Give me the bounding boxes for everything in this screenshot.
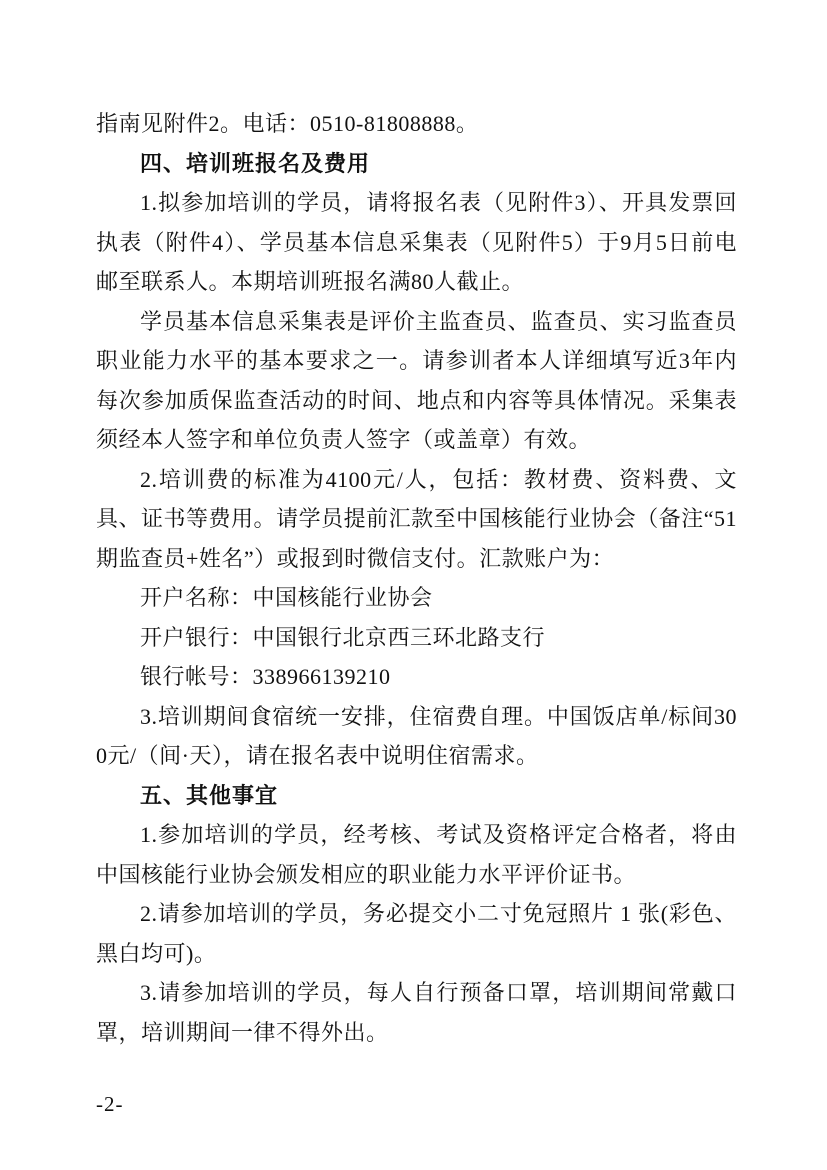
section-heading: 四、培训班报名及费用 [96, 144, 737, 184]
section-heading: 五、其他事宜 [96, 776, 737, 816]
page-footer: -2- [96, 1092, 124, 1117]
document-body: 指南见附件2。电话：0510-81808888。四、培训班报名及费用1.拟参加培… [96, 104, 737, 1052]
paragraph: 开户名称：中国核能行业协会 [96, 578, 737, 618]
paragraph: 银行帐号：338966139210 [96, 657, 737, 697]
paragraph: 指南见附件2。电话：0510-81808888。 [96, 104, 737, 144]
paragraph: 2.请参加培训的学员，务必提交小二寸免冠照片 1 张(彩色、黑白均可)。 [96, 894, 737, 973]
document-page: 指南见附件2。电话：0510-81808888。四、培训班报名及费用1.拟参加培… [0, 0, 827, 1170]
paragraph: 1.参加培训的学员，经考核、考试及资格评定合格者，将由中国核能行业协会颁发相应的… [96, 815, 737, 894]
paragraph: 3.请参加培训的学员，每人自行预备口罩，培训期间常戴口罩，培训期间一律不得外出。 [96, 973, 737, 1052]
paragraph: 1.拟参加培训的学员，请将报名表（见附件3）、开具发票回执表（附件4）、学员基本… [96, 183, 737, 302]
paragraph: 学员基本信息采集表是评价主监查员、监查员、实习监查员职业能力水平的基本要求之一。… [96, 302, 737, 460]
paragraph: 2.培训费的标准为4100元/人，包括：教材费、资料费、文具、证书等费用。请学员… [96, 460, 737, 579]
paragraph: 3.培训期间食宿统一安排，住宿费自理。中国饭店单/标间300元/（间·天），请在… [96, 697, 737, 776]
paragraph: 开户银行：中国银行北京西三环北路支行 [96, 618, 737, 658]
page-number: -2- [96, 1092, 124, 1116]
